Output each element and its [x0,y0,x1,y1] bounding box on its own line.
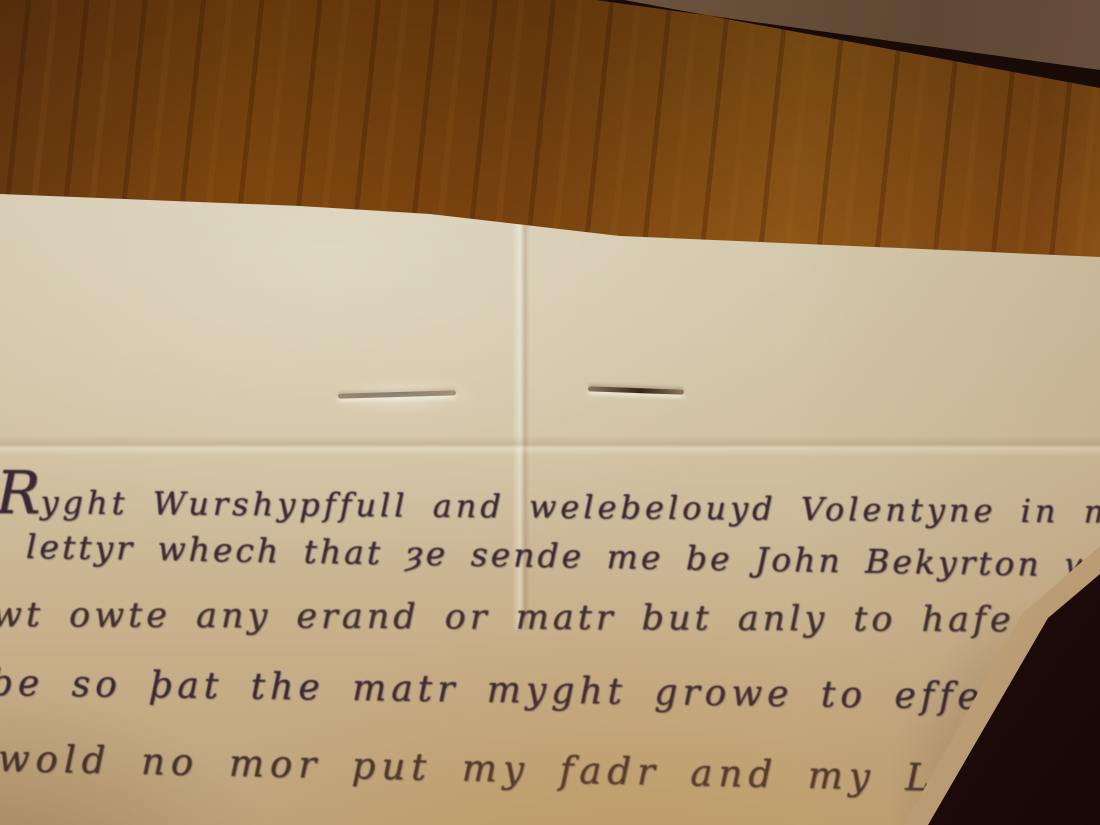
fold-crease-horizontal [0,436,1100,456]
manuscript-line-5: wold no mor put my fadr and my Lady [0,737,1021,801]
seal-slit-right [588,386,684,394]
manuscript-line-2: lettyr whech that ȝe sende me be John Be… [26,527,1100,587]
photo-canvas: Ryght Wurshypffull and welebelouyd Volen… [0,0,1100,825]
seal-slit-left [338,390,456,398]
manuscript-line-1: Ryght Wurshypffull and welebelouyd Volen… [0,458,1100,537]
manuscript-line-4: be so þat the matr myght growe to effect [0,663,1029,718]
manuscript-line-3: wt owte any erand or matr but anly to ha… [0,595,1100,641]
